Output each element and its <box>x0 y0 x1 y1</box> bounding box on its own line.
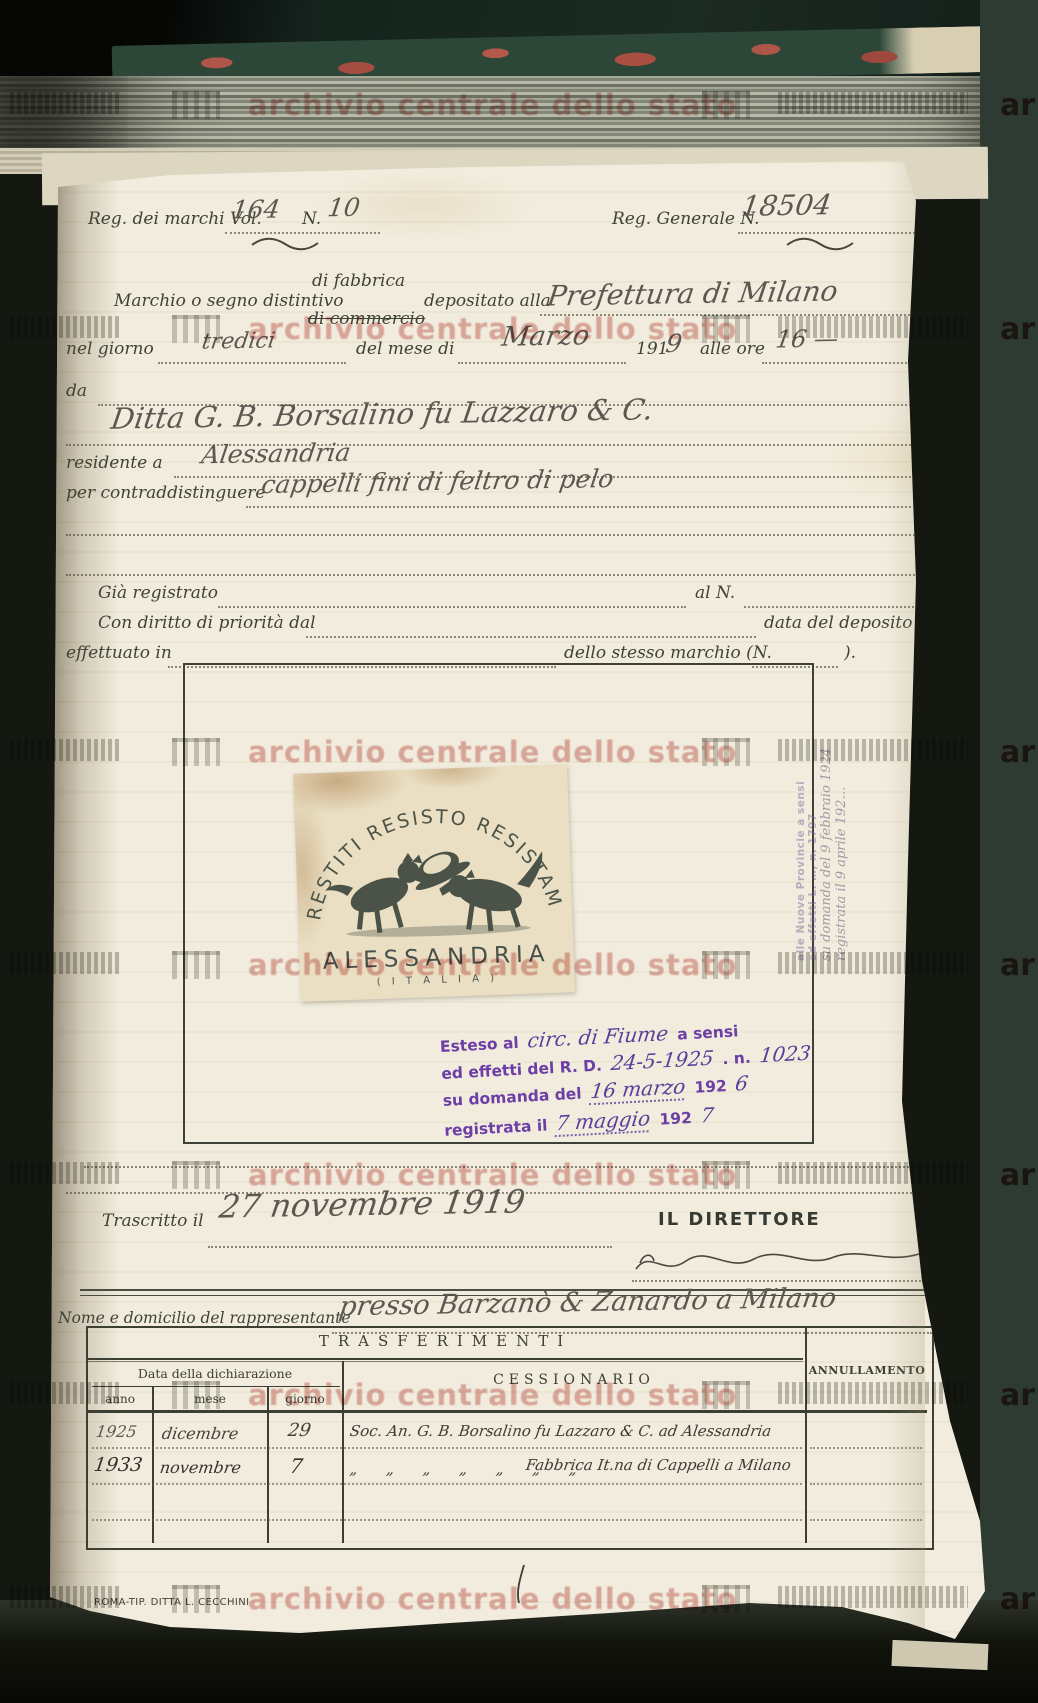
trascritto-value: 27 novembre 1919 <box>217 1182 528 1225</box>
row-cessionario: Soc. An. G. B. Borsalino fu Lazzaro & C.… <box>349 1422 773 1440</box>
row-cessionario-2: Fabbrica It.na di Cappelli a Milano <box>525 1456 792 1474</box>
borsalino-dogs-logo <box>315 831 552 943</box>
dotted-rule <box>632 1279 928 1282</box>
data-dichiarazione-header: Data della dichiarazione <box>92 1366 338 1381</box>
direttore-label: IL DIRETTORE <box>658 1209 821 1230</box>
new-provinces-extension-stamp: alle Nuove Provincie a sensi ed effetti … <box>795 661 881 961</box>
stamp-handwriting: 6 <box>734 1071 750 1096</box>
data-deposito-label: data del deposito <box>764 613 912 633</box>
di-commercio-option-struck: di commercio <box>308 309 425 329</box>
reg-marchi-n-value: 10 <box>326 193 362 223</box>
marchio-label: Marchio o segno distintivo <box>114 291 343 311</box>
stamp-handwriting: 16 marzo <box>589 1074 687 1105</box>
trasferimenti-table: TRASFERIMENTI ANNULLAMENTO Data della di… <box>86 1326 934 1550</box>
dotted-rule <box>218 605 686 608</box>
n-label: N. <box>302 209 321 229</box>
dotted-rule <box>458 361 626 364</box>
row-anno: 1933 <box>92 1454 143 1476</box>
table-rule <box>88 1358 803 1360</box>
mese-value: Marzo <box>500 320 592 353</box>
director-signature <box>630 1243 930 1283</box>
row-mese: dicembre <box>161 1424 240 1443</box>
stamp-text: 192 <box>694 1077 727 1097</box>
priorita-label: Con diritto di priorità dal <box>98 613 316 633</box>
table-dotted-rule <box>92 1482 802 1485</box>
dotted-rule <box>66 573 922 576</box>
dotted-rule <box>738 231 923 234</box>
table-title: TRASFERIMENTI <box>88 1332 803 1350</box>
paren-close: ). <box>844 643 856 663</box>
printer-imprint: ROMA-TIP. DITTA L. CECCHINI <box>94 1597 249 1608</box>
dotted-rule <box>540 313 922 316</box>
table-heavy-rule <box>88 1410 927 1413</box>
ditta-value: Ditta G. B. Borsalino fu Lazzaro & C. <box>109 392 656 435</box>
table-dotted-rule <box>810 1482 922 1485</box>
depositato-value: Prefettura di Milano <box>545 274 840 312</box>
side-stamp-line-handwritten: su domanda del 9 febbraio 1924 <box>819 661 834 961</box>
di-fabbrica-option: di fabbrica <box>312 271 405 291</box>
row-giorno: 29 <box>287 1420 313 1441</box>
side-stamp-line-handwritten: registrata il 9 aprile 192… <box>834 661 849 961</box>
flourish <box>250 237 320 251</box>
dotted-rule <box>762 361 922 364</box>
contraddistinguere-label: per contraddistinguere <box>66 483 266 503</box>
ore-label: alle ore <box>700 339 765 359</box>
stesso-marchio-label: dello stesso marchio (N. <box>564 643 772 663</box>
gia-registrato-label: Già registrato <box>98 583 218 603</box>
nel-giorno-label: nel giorno <box>66 339 154 359</box>
register-scan: Reg. dei marchi Vol. 164 N. 10 Reg. Gene… <box>0 0 1038 1703</box>
reg-marchi-vol-value: 164 <box>230 195 282 225</box>
contraddistinguere-value: cappelli fini di feltro di pelo <box>259 464 615 499</box>
side-stamp-line: alle Nuove Provincie a sensi <box>795 661 807 961</box>
stamp-text: a sensi <box>677 1022 739 1043</box>
dotted-rule <box>208 1245 612 1248</box>
table-background-strip <box>980 0 1038 1703</box>
mese-label: del mese di <box>356 339 454 359</box>
table-rule <box>88 1361 803 1362</box>
stamp-handwriting: 7 maggio <box>555 1106 652 1137</box>
anno-header: anno <box>88 1392 152 1406</box>
stamp-text: Esteso al <box>440 1034 520 1056</box>
da-label: da <box>66 381 87 401</box>
flourish <box>785 237 855 251</box>
under-page-sliver <box>891 1640 988 1670</box>
dotted-rule <box>225 231 380 234</box>
rappresentante-label: Nome e domicilio del rappresentante <box>58 1309 351 1327</box>
dotted-rule <box>744 605 922 608</box>
side-stamp-line: ed effetti L. …, n. 1797 <box>807 661 819 961</box>
dotted-rule <box>158 361 346 364</box>
table-divider <box>342 1361 344 1543</box>
label-city: ALESSANDRIA <box>299 940 574 976</box>
stamp-text: registrata il <box>444 1116 548 1139</box>
residente-label: residente a <box>66 453 163 473</box>
table-dotted-rule <box>810 1446 922 1449</box>
row-mese: novembre <box>159 1458 243 1477</box>
table-dotted-rule <box>810 1518 922 1521</box>
anno-digit: 9 <box>664 329 684 358</box>
effettuato-label: effettuato in <box>66 643 172 663</box>
stamp-handwriting: 7 <box>699 1103 715 1128</box>
trademark-label: RESTITI RESISTO RESISTAM <box>293 764 575 1001</box>
stamp-handwriting: 1023 <box>758 1041 812 1068</box>
dotted-rule <box>306 635 756 638</box>
row-anno: 1925 <box>95 1422 138 1441</box>
stamp-text: 192 <box>659 1109 692 1129</box>
mese-header: mese <box>154 1392 266 1406</box>
pen-mark <box>512 1563 528 1605</box>
table-rule <box>92 1386 340 1387</box>
cessionario-header: CESSIONARIO <box>344 1372 804 1388</box>
table-dotted-rule <box>92 1518 802 1521</box>
al-n-label: al N. <box>695 583 735 603</box>
reg-generale-label: Reg. Generale N. <box>612 209 760 229</box>
dotted-rule <box>246 505 922 508</box>
stamp-handwriting: 24-5-1925 <box>609 1046 714 1076</box>
depositato-label: depositato alla <box>424 291 551 311</box>
stamp-text: . n. <box>722 1049 751 1068</box>
giorno-header: giorno <box>269 1392 341 1406</box>
table-dotted-rule <box>92 1446 802 1449</box>
dotted-rule <box>66 443 922 446</box>
register-page: Reg. dei marchi Vol. 164 N. 10 Reg. Gene… <box>50 161 985 1656</box>
dotted-rule <box>84 1165 956 1168</box>
row-giorno: 7 <box>288 1454 304 1478</box>
stamp-text: su domanda del <box>442 1085 582 1110</box>
trascritto-label: Trascritto il <box>102 1211 204 1231</box>
table-divider <box>805 1328 807 1543</box>
fiume-extension-stamp: Esteso al circ. di Fiume a sensi ed effe… <box>439 1013 824 1147</box>
ore-value: 16 — <box>774 324 840 353</box>
dotted-rule <box>66 533 922 536</box>
reg-generale-value: 18504 <box>740 188 834 223</box>
residente-value: Alessandria <box>200 438 353 470</box>
giorno-value: tredici <box>200 328 277 354</box>
annullamento-header: ANNULLAMENTO <box>807 1364 927 1377</box>
